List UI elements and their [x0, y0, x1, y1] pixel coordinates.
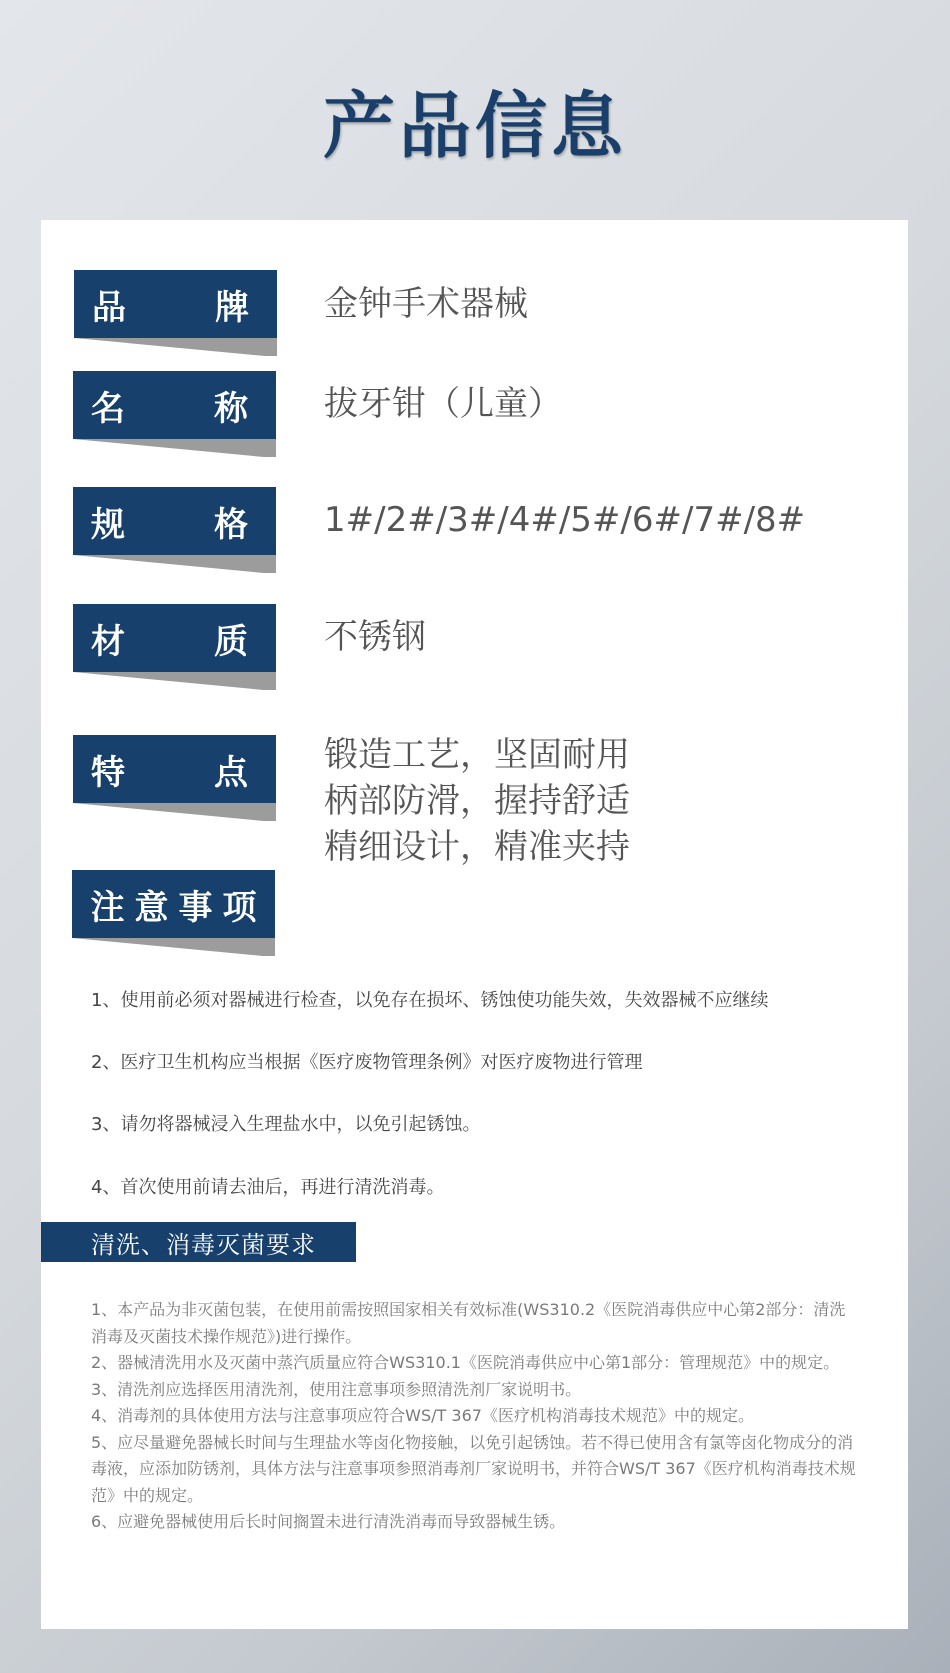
- notice-item: 1、使用前必须对器械进行检查，以免存在损坏、锈蚀使功能失效，失效器械不应继续: [91, 986, 768, 1012]
- cleaning-requirements-list: 1、本产品为非灭菌包装，在使用前需按照国家相关有效标准(WS310.2《医院消毒…: [91, 1297, 861, 1536]
- spec-label-brand: 品 牌: [74, 270, 277, 338]
- feature-line: 精细设计，精准夹持: [324, 824, 630, 870]
- notice-item: 3、请勿将器械浸入生理盐水中，以免引起锈蚀。: [91, 1110, 480, 1136]
- spec-label-name: 名 称: [73, 371, 276, 439]
- product-info-card: 品 牌 金钟手术器械 名 称 拔牙钳（儿童） 规 格 1#/2#/3#/4#/5…: [41, 220, 908, 1629]
- spec-label-size: 规 格: [73, 487, 276, 555]
- cleaning-item: 1、本产品为非灭菌包装，在使用前需按照国家相关有效标准(WS310.2《医院消毒…: [91, 1297, 861, 1350]
- feature-line: 锻造工艺，坚固耐用: [324, 732, 630, 778]
- feature-line: 柄部防滑，握持舒适: [324, 778, 630, 824]
- spec-value-features: 锻造工艺，坚固耐用 柄部防滑，握持舒适 精细设计，精准夹持: [324, 732, 630, 870]
- notice-item: 4、首次使用前请去油后，再进行清洗消毒。: [91, 1173, 444, 1199]
- cleaning-item: 4、消毒剂的具体使用方法与注意事项应符合WS/T 367《医疗机构消毒技术规范》…: [91, 1403, 861, 1430]
- notes-title: 注意事项: [72, 870, 275, 938]
- cleaning-item: 2、器械清洗用水及灭菌中蒸汽质量应符合WS310.1《医院消毒供应中心第1部分：…: [91, 1350, 861, 1377]
- cleaning-item: 3、清洗剂应选择医用清洗剂，使用注意事项参照清洗剂厂家说明书。: [91, 1377, 861, 1404]
- spec-value-material: 不锈钢: [324, 614, 426, 660]
- label-char: 牌: [215, 280, 249, 329]
- notice-item: 2、医疗卫生机构应当根据《医疗废物管理条例》对医疗废物进行管理: [91, 1048, 642, 1074]
- label-char: 材: [91, 614, 125, 663]
- spec-value-size: 1#/2#/3#/4#/5#/6#/7#/8#: [324, 497, 805, 543]
- label-char: 质: [214, 614, 248, 663]
- spec-label-material: 材 质: [73, 604, 276, 672]
- label-char: 品: [92, 280, 126, 329]
- spec-label-features: 特 点: [73, 735, 276, 803]
- label-char: 点: [214, 745, 248, 794]
- spec-value-brand: 金钟手术器械: [324, 281, 528, 327]
- label-char: 规: [91, 497, 125, 546]
- label-char: 称: [214, 381, 248, 430]
- label-char: 格: [214, 497, 248, 546]
- page-title: 产品信息: [0, 68, 950, 172]
- label-char: 名: [91, 381, 125, 430]
- label-char: 特: [91, 745, 125, 794]
- cleaning-section-title: 清洗、消毒灭菌要求: [41, 1222, 356, 1262]
- cleaning-item: 6、应避免器械使用后长时间搁置未进行清洗消毒而导致器械生锈。: [91, 1509, 861, 1536]
- spec-value-name: 拔牙钳（儿童）: [324, 381, 562, 427]
- notes-header: 注意事项: [72, 870, 275, 938]
- cleaning-item: 5、应尽量避免器械长时间与生理盐水等卤化物接触，以免引起锈蚀。若不得已使用含有氯…: [91, 1430, 861, 1510]
